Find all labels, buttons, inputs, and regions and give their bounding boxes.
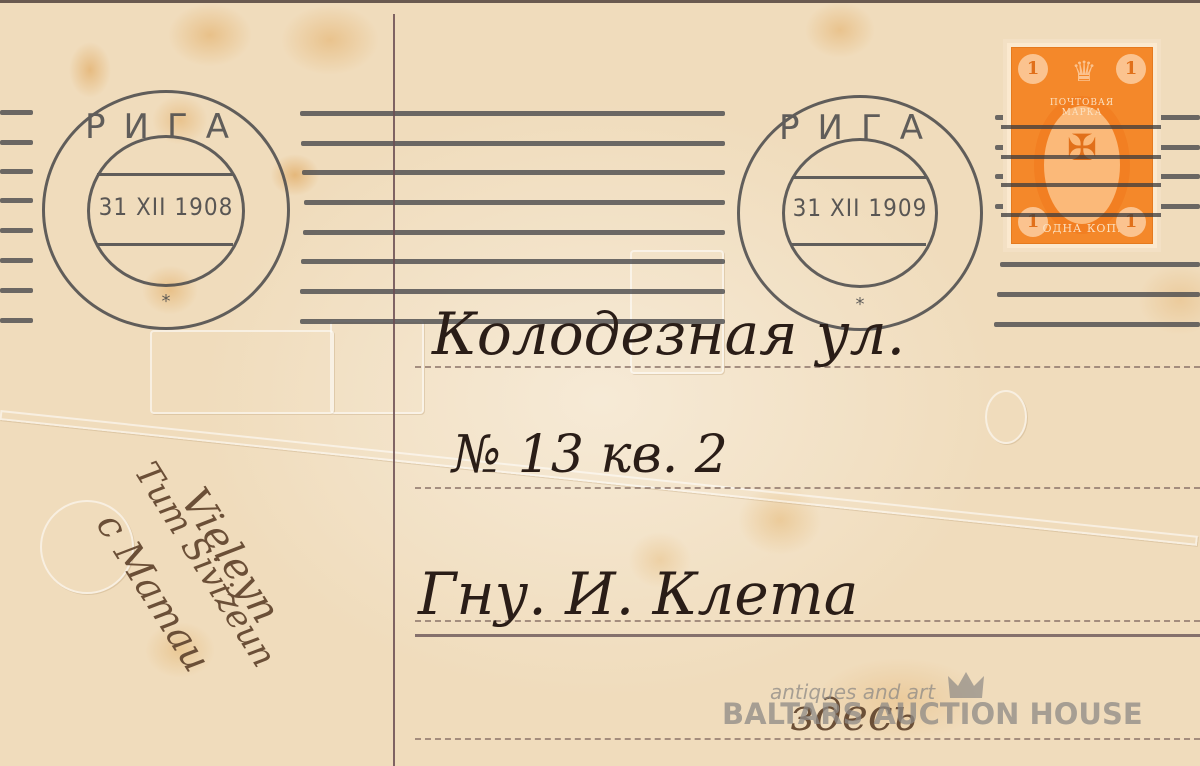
cancel-bar bbox=[300, 111, 725, 116]
address-rule bbox=[415, 487, 1200, 489]
cancel-bar bbox=[0, 228, 33, 233]
postmark-bar bbox=[792, 243, 926, 246]
cancel-bar bbox=[0, 110, 33, 115]
cancel-bar bbox=[1001, 125, 1161, 129]
embossed-wheel bbox=[985, 390, 1027, 444]
postmark-date: 31 XII 1909 bbox=[740, 194, 980, 222]
cancel-bar bbox=[302, 170, 725, 175]
cancel-bar bbox=[0, 288, 33, 293]
address-divider-line bbox=[393, 14, 395, 766]
watermark-brand: BALTARS AUCTION HOUSE bbox=[722, 697, 1143, 731]
postmark-bar bbox=[97, 173, 233, 176]
embossed-building bbox=[330, 320, 424, 414]
cancel-bar bbox=[301, 259, 725, 264]
postmark-left: РИГА 31 XII 1908 * bbox=[42, 90, 290, 330]
stamp-bottom-text: ОДНА КОП. bbox=[1040, 222, 1124, 235]
cancel-bar bbox=[1001, 155, 1161, 159]
postcard: РИГА 31 XII 1908 * РИГА 31 XII 1909 * 1 … bbox=[0, 0, 1200, 766]
cancel-bar bbox=[1001, 183, 1161, 187]
postmark-bar bbox=[792, 176, 926, 179]
cancel-bar bbox=[1000, 262, 1200, 267]
cancel-bar bbox=[997, 292, 1200, 297]
star-icon: * bbox=[45, 291, 287, 312]
cancel-bar bbox=[0, 140, 33, 145]
postage-stamp: 1 1 1 1 ♛ ПОЧТОВАЯ МАРКА ✠ ОДНА КОП. bbox=[1007, 43, 1157, 248]
cancel-bar bbox=[301, 141, 725, 146]
address-number: № 13 кв. 2 bbox=[452, 425, 728, 485]
cancel-bar bbox=[0, 169, 33, 174]
cancel-bar bbox=[0, 258, 33, 263]
cancel-bar bbox=[994, 322, 1200, 327]
embossed-building bbox=[150, 330, 334, 414]
stamp-top-text: ПОЧТОВАЯ МАРКА bbox=[1046, 98, 1118, 118]
address-rule bbox=[415, 634, 1200, 637]
stamp-denomination: 1 bbox=[1116, 54, 1146, 84]
cancel-bar bbox=[0, 318, 33, 323]
postmark-right: РИГА 31 XII 1909 * bbox=[737, 95, 983, 331]
cancel-bar bbox=[1001, 213, 1161, 217]
postmark-bar bbox=[97, 243, 233, 246]
address-recipient: Гну. И. Клета bbox=[418, 560, 858, 628]
cancel-bar bbox=[304, 200, 725, 205]
cancel-bar bbox=[303, 230, 725, 235]
cancel-bar bbox=[300, 289, 725, 294]
cancel-bar bbox=[0, 198, 33, 203]
postmark-date: 31 XII 1908 bbox=[45, 193, 287, 221]
crown-icon: ♛ bbox=[1067, 56, 1101, 88]
stamp-denomination: 1 bbox=[1018, 54, 1048, 84]
card-top-edge bbox=[0, 0, 1200, 3]
crown-icon bbox=[946, 670, 986, 700]
address-street: Колодезная ул. bbox=[432, 300, 905, 368]
